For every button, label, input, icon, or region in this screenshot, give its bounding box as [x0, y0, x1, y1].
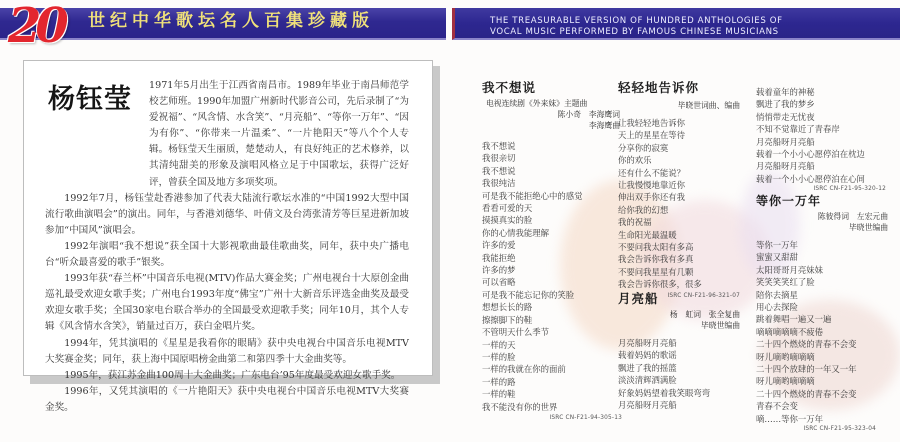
lyric-line: 二十四个燃烧的青春不会变: [756, 338, 896, 350]
song-title: 我不想说: [482, 80, 612, 96]
lyric-line: 笑笑笑笑红了脸: [756, 276, 896, 288]
lyric-line: 可以省略: [482, 276, 612, 288]
series-title-en: THE TREASURABLE VERSION OF HUNDRED ANTHO…: [490, 16, 870, 37]
lyric-line: 想想长长的路: [482, 301, 612, 313]
lyric-line: 跳着舞唱一遍又一遍: [756, 313, 896, 325]
bio-paragraph: 1993年获“春兰杯”中国音乐电视(MTV)作品大赛金奖；广州电视台十大原创金曲…: [45, 271, 409, 335]
lyric-line: 我很纯洁: [482, 177, 612, 189]
lyric-line: 一样的我就在你的面前: [482, 363, 612, 375]
bio-paragraph: 1992年演唱“我不想说”获全国十大影视歌曲最佳歌曲奖，同年，获中央广播电台“听…: [45, 239, 409, 271]
bio-paragraph: 1995年，获江苏金曲100周十大金曲奖；广东电台’95年度最受欢迎女歌手奖。: [45, 368, 409, 384]
lyric-line: 可是我不能拒绝心中的感觉: [482, 190, 612, 202]
series-title-cn: 世纪中华歌坛名人百集珍藏版: [88, 8, 374, 34]
song-lyrics: 月亮船呀月亮船 载着妈妈的歌谣 飘进了我的摇篮 淡淡清辉洒满脸 好象妈妈望着我笑…: [618, 337, 740, 411]
lyric-line: 你的心情我能理解: [482, 227, 612, 239]
song-credit: 毕晓世词曲、编曲: [618, 100, 740, 111]
song-yue-liang-chuan-continued: 载着童年的神秘 飘进了我的梦乡 悄悄带走无忧夜 不知不觉靠近了青春岸 月亮船呀月…: [756, 86, 896, 194]
lyric-line: 二十四个燃烧的青春不会变: [756, 388, 896, 400]
song-deng-ni-yi-wan-nian: 等你一万年 陈彼得词 左宏元曲 毕晓世编曲 等你一万年 蜜蜜又甜甜 太阳哥哥月亮…: [756, 193, 896, 434]
lyric-line: 二十四个放肆的一年又一年: [756, 363, 896, 375]
song-lyrics: 我不想说 我很亲切 我不想说 我很纯洁 可是我不能拒绝心中的感觉 看看可爱的天 …: [482, 140, 612, 413]
song-lyrics: 等你一万年 蜜蜜又甜甜 太阳哥哥月亮妹妹 笑笑笑笑红了脸 陪你去摘星 用心去探险…: [756, 239, 896, 425]
lyric-line: 飘进了我的摇篮: [618, 362, 740, 374]
lyric-line: 月亮船呀月亮船: [756, 136, 896, 148]
song-qing-qing-di-gao-su-ni: 轻轻地告诉你 毕晓世词曲、编曲 让我轻轻地告诉你 天上的星星在等待 分享你的寂寞…: [618, 80, 740, 301]
song-title: 等你一万年: [756, 193, 896, 209]
series-title-en-line2: VOCAL MUSIC PERFORMED BY FAMOUS CHINESE …: [490, 27, 870, 38]
lyric-line: 我很亲切: [482, 152, 612, 164]
lyric-line: 青春不会变: [756, 400, 896, 412]
lyric-line: 擦擦脚下的鞋: [482, 314, 612, 326]
song-lyrics: 让我轻轻地告诉你 天上的星星在等待 分享你的寂寞 你的欢乐 还有什么不能说？ 让…: [618, 117, 740, 291]
lyric-line: 悄悄带走无忧夜: [756, 111, 896, 123]
lyric-line: 分享你的寂寞: [618, 142, 740, 154]
lyric-line: 看看可爱的天: [482, 202, 612, 214]
song-lyrics: 载着童年的神秘 飘进了我的梦乡 悄悄带走无忧夜 不知不觉靠近了青春岸 月亮船呀月…: [756, 86, 896, 185]
logo-20: 20: [8, 0, 78, 52]
lyric-line: 许多的梦: [482, 264, 612, 276]
lyric-line: 我的祝福: [618, 216, 740, 228]
lyric-line: 可是我不能忘记你的笑脸: [482, 289, 612, 301]
song-credit: 杨 虹词 张全复曲: [618, 309, 740, 320]
lyric-line: 你的欢乐: [618, 154, 740, 166]
lyric-line: 不管明天什么季节: [482, 326, 612, 338]
lyric-line: 摸摸真实的脸: [482, 214, 612, 226]
song-subtitle: 电视连续剧《外来妹》主题曲: [486, 98, 612, 109]
lyric-line: 呀儿嘀哟嘀嘀嘀: [756, 351, 896, 363]
lyric-line: 载着童年的神秘: [756, 86, 896, 98]
song-credit: 李海鹰曲: [482, 120, 620, 131]
lyric-line: 一样的路: [482, 376, 612, 388]
lyric-line: 嘀……等你一万年: [756, 413, 896, 425]
lyric-line: 我不想说: [482, 140, 612, 152]
bio-text: 1971年5月出生于江西省南昌市。1989年毕业于南昌师范学校艺师班。1990年…: [45, 78, 409, 416]
lyric-line: 月亮船呀月亮船: [756, 160, 896, 172]
lyric-line: 载着一个小小心愿停泊在心间: [756, 173, 896, 185]
song-title: 轻轻地告诉你: [618, 80, 740, 96]
lyric-line: 不要问我星星有几颗: [618, 266, 740, 278]
song-wo-bu-xiang-shuo: 我不想说 电视连续剧《外来妹》主题曲 陈小奇 李海鹰词 李海鹰曲 我不想说 我很…: [482, 80, 612, 423]
lyric-line: 还有什么不能说？: [618, 167, 740, 179]
lyric-line: 陪你去摘星: [756, 289, 896, 301]
lyric-line: 一样的鞋: [482, 388, 612, 400]
lyric-line: 载着妈妈的歌谣: [618, 349, 740, 361]
lyric-line: 生命阳光最温暖: [618, 229, 740, 241]
lyric-line: 不知不觉靠近了青春岸: [756, 123, 896, 135]
lyric-line: 我不能没有你的世界: [482, 401, 612, 413]
bio-paragraph: 1992年7月，杨钰莹赴香港参加了代表大陆流行歌坛水准的“中国1992大型中国流…: [45, 191, 409, 239]
lyric-line: 嘀嘀嘀嘀嘀不疲倦: [756, 326, 896, 338]
lyric-line: 呀儿嘀哟嘀嘀嘀: [756, 375, 896, 387]
song-credit: 陈小奇 李海鹰词: [482, 109, 620, 120]
lyric-line: 让我轻轻地告诉你: [618, 117, 740, 129]
song-title: 月亮船: [618, 291, 740, 307]
bio-paragraph: 1971年5月出生于江西省南昌市。1989年毕业于南昌师范学校艺师班。1990年…: [45, 78, 409, 191]
lyric-line: 飘进了我的梦乡: [756, 98, 896, 110]
lyric-line: 我不想说: [482, 165, 612, 177]
lyric-line: 月亮船呀月亮船: [618, 337, 740, 349]
lyric-line: 一样的脸: [482, 351, 612, 363]
song-credit: 毕晓世编曲: [618, 320, 740, 331]
lyric-line: 用心去探险: [756, 301, 896, 313]
lyric-line: 我会告诉你很多，很多: [618, 278, 740, 290]
lyric-line: 伸出双手你还有我: [618, 191, 740, 203]
lyric-line: 太阳哥哥月亮妹妹: [756, 264, 896, 276]
isrc-code: ISRC CN-F21-94-305-13: [482, 414, 622, 423]
lyric-line: 许多的爱: [482, 239, 612, 251]
lyric-line: 载着一个小小心愿停泊在枕边: [756, 148, 896, 160]
song-credit: 陈彼得词 左宏元曲: [756, 211, 888, 222]
lyric-line: 等你一万年: [756, 239, 896, 251]
series-title-en-line1: THE TREASURABLE VERSION OF HUNDRED ANTHO…: [490, 16, 870, 27]
lyric-line: 我能拒绝: [482, 252, 612, 264]
song-credit: 毕晓世编曲: [756, 222, 888, 233]
bio-paragraph: 1994年，凭其演唱的《星星是我看你的眼睛》获中央电视台中国音乐电视MTV大奖赛…: [45, 336, 409, 368]
lyric-line: 给你我的幻想: [618, 204, 740, 216]
isrc-code: ISRC CN-F21-95-323-04: [756, 425, 876, 434]
lyric-line: 让我慢慢地靠近你: [618, 179, 740, 191]
lyric-line: 不要问我太阳有多高: [618, 241, 740, 253]
bio-paragraph: 1996年，又凭其演唱的《一片艳阳天》获中央电视台中国音乐电视MTV大奖赛金奖。: [45, 384, 409, 416]
lyric-line: 天上的星星在等待: [618, 129, 740, 141]
lyric-line: 月亮船呀月亮船: [618, 399, 740, 411]
lyric-line: 一样的天: [482, 339, 612, 351]
lyric-line: 淡淡清辉洒满脸: [618, 374, 740, 386]
song-yue-liang-chuan: 月亮船 杨 虹词 张全复曲 毕晓世编曲 月亮船呀月亮船 载着妈妈的歌谣 飘进了我…: [618, 291, 740, 411]
lyric-line: 蜜蜜又甜甜: [756, 251, 896, 263]
lyric-line: 好象妈妈望着我笑眼弯弯: [618, 387, 740, 399]
lyric-line: 我会告诉你我有多真: [618, 253, 740, 265]
